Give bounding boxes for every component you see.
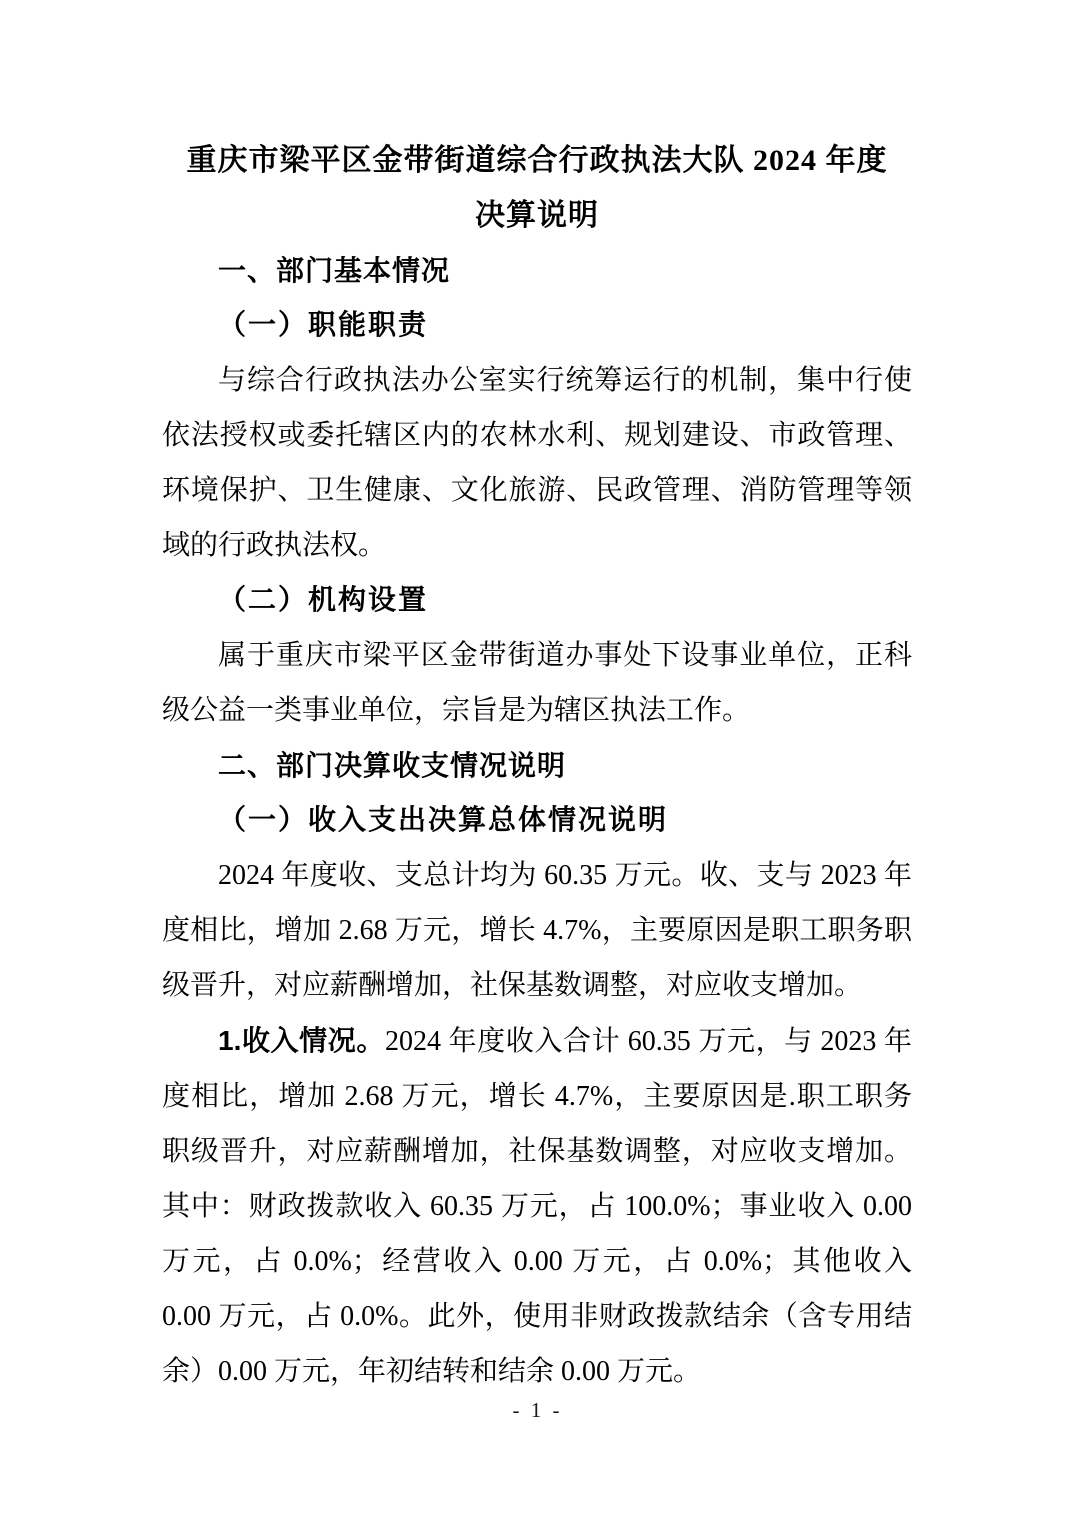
section-heading-basic-info: 一、部门基本情况 [162, 243, 912, 298]
paragraph-income: 1.收入情况。2024 年度收入合计 60.35 万元，与 2023 年度相比，… [162, 1013, 912, 1399]
document-title: 重庆市梁平区金带街道综合行政执法大队 2024 年度 决算说明 [162, 133, 912, 243]
page-number: - 1 - [0, 1398, 1075, 1423]
subsection-heading-organization: （二）机构设置 [162, 573, 912, 628]
document-title-line2: 决算说明 [162, 188, 912, 243]
subsection-heading-income-expense-overview: （一）收入支出决算总体情况说明 [162, 793, 912, 848]
document-content: 重庆市梁平区金带街道综合行政执法大队 2024 年度 决算说明 一、部门基本情况… [162, 133, 912, 1399]
income-paragraph-lead: 1.收入情况。 [218, 1025, 385, 1056]
income-paragraph-body: 2024 年度收入合计 60.35 万元，与 2023 年度相比，增加 2.68… [162, 1026, 912, 1387]
paragraph-overview: 2024 年度收、支总计均为 60.35 万元。收、支与 2023 年度相比，增… [162, 848, 912, 1013]
subsection-heading-functions: （一）职能职责 [162, 298, 912, 353]
document-title-line1: 重庆市梁平区金带街道综合行政执法大队 2024 年度 [162, 133, 912, 188]
section-heading-budget-summary: 二、部门决算收支情况说明 [162, 738, 912, 793]
paragraph-organization: 属于重庆市梁平区金带街道办事处下设事业单位，正科级公益一类事业单位，宗旨是为辖区… [162, 628, 912, 738]
paragraph-functions: 与综合行政执法办公室实行统筹运行的机制，集中行使依法授权或委托辖区内的农林水利、… [162, 353, 912, 573]
document-page: 重庆市梁平区金带街道综合行政执法大队 2024 年度 决算说明 一、部门基本情况… [0, 0, 1075, 1520]
